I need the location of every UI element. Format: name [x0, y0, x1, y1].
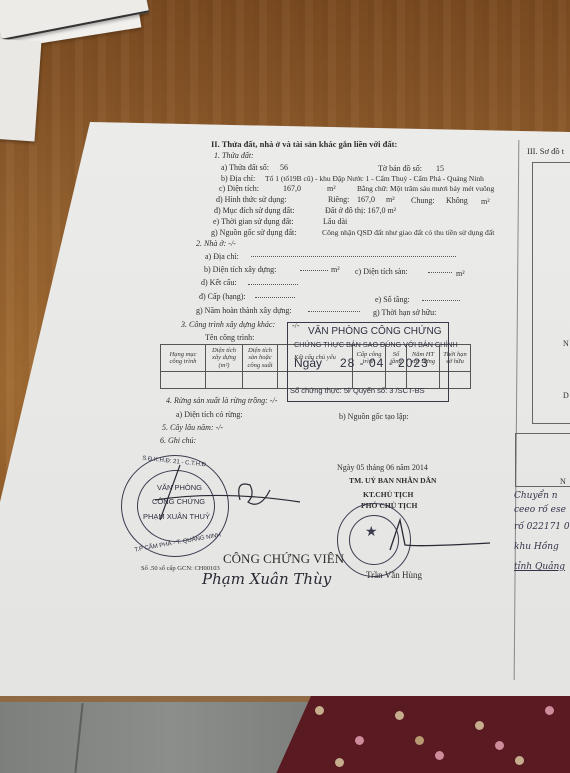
house-heading: 2. Nhà ở: -/-	[196, 240, 236, 248]
area-words-label: Bằng chữ:	[357, 185, 388, 193]
signing-authority: TM. UỶ BAN NHÂN DÂN	[349, 477, 437, 485]
parcel-value: 56	[280, 164, 288, 172]
stamp-cert-number: Số chứng thực: 5l∕ Quyển số: 3 /SCT-BS	[290, 386, 425, 395]
table-edge	[0, 695, 355, 702]
build-area-label: b) Diện tích xây dựng:	[204, 266, 276, 274]
signing-position-1: KT.CHỦ TỊCH	[363, 491, 413, 499]
shared-value: Không	[446, 197, 468, 205]
handwritten-note-line: ceeo rố ese	[514, 505, 566, 515]
stamp-subtitle: CHỨNG THỰC BẢN SAO ĐÚNG VỚI BẢN CHÍNH	[294, 340, 458, 349]
perennial-heading: 5. Cây lâu năm: -/-	[162, 424, 223, 432]
notes-heading: 6. Ghi chú:	[160, 437, 196, 445]
origin-value: Công nhận QSD đất như giao đất có thu ti…	[322, 229, 494, 237]
address-value: Tổ 1 (tổ19B cũ) - khu Đập Nước 1 - Cẩm T…	[265, 175, 484, 183]
area-words-value: Một trăm sáu mươi bảy mét vuông	[390, 185, 494, 193]
floors-label: e) Số tầng:	[375, 296, 410, 304]
private-unit: m²	[386, 196, 395, 204]
forest-area-label: a) Diện tích có rừng:	[176, 411, 243, 419]
completion-year-label: g) Năm hoàn thành xây dựng:	[196, 307, 292, 315]
notary-name-signature: Phạm Xuân Thùy	[202, 570, 331, 588]
term-label: e) Thời gian sử dụng đất:	[213, 218, 294, 226]
other-works-heading: 3. Công trình xây dựng khác:	[181, 321, 275, 329]
area-label: c) Diện tích:	[219, 185, 259, 193]
right-letter: D	[563, 392, 569, 400]
forest-heading: 4. Rừng sản xuất là rừng trồng: -/-	[166, 397, 277, 405]
section-title: II. Thửa đất, nhà ở và tài sản khác gắn …	[211, 140, 397, 149]
area-unit: m²	[327, 185, 336, 193]
floor-area-unit: m²	[456, 270, 465, 278]
diagram-frame	[532, 162, 570, 424]
land-heading: 1. Thửa đất:	[214, 152, 254, 160]
origin-label: g) Nguồn gốc sử dụng đất:	[211, 229, 296, 237]
term-value: Lâu dài	[323, 218, 347, 226]
stamp-date-value: 28 - 04 - 2023	[340, 356, 429, 370]
area-value: 167,0	[283, 185, 301, 193]
stamp-title: VĂN PHÒNG CÔNG CHỨNG	[308, 326, 442, 337]
floor-area-label: c) Diện tích sàn:	[355, 268, 408, 276]
work-name-label: Tên công trình:	[205, 334, 254, 342]
right-letter: N	[563, 340, 569, 348]
background-paper-sheet	[0, 38, 41, 141]
right-bottom-label: N	[560, 478, 566, 486]
handwritten-note-line: rố 022171 0	[514, 522, 570, 532]
stamp-date-label: Ngày	[294, 356, 322, 370]
handwritten-note-line: khu Hồng	[514, 542, 559, 552]
ownership-term-label: g) Thời hạn sở hữu:	[373, 309, 436, 317]
private-value: 167,0	[357, 196, 375, 204]
use-form-label: d) Hình thức sử dụng:	[216, 196, 286, 204]
floral-fabric	[275, 696, 570, 773]
official-signature	[380, 515, 500, 555]
notary-initial-signature	[140, 460, 320, 530]
purpose-value: Đất ở đô thị: 167,0 m²	[325, 207, 396, 215]
notary-title: CÔNG CHỨNG VIÊN	[223, 552, 344, 565]
shared-unit: m²	[481, 198, 490, 206]
parcel-label: a) Thửa đất số:	[221, 164, 269, 172]
signer-name: Trần Văn Hùng	[366, 571, 422, 580]
build-area-unit: m²	[331, 266, 340, 274]
house-address-field	[251, 256, 456, 257]
forest-origin-label: b) Nguồn gốc tạo lập:	[339, 413, 409, 421]
handwritten-note-line: tỉnh Quảng	[514, 562, 565, 572]
shared-label: Chung:	[411, 197, 435, 205]
right-column-title: III. Sơ đồ t	[527, 147, 564, 156]
private-label: Riêng:	[328, 196, 349, 204]
grade-label: đ) Cấp (hạng):	[199, 293, 246, 301]
map-sheet-label: Tờ bản đồ số:	[378, 165, 422, 173]
signing-date: Ngày 05 tháng 06 năm 2014	[337, 464, 428, 472]
structure-label: d) Kết cấu:	[201, 279, 237, 287]
house-address-label: a) Địa chỉ:	[205, 253, 239, 261]
map-sheet-value: 15	[436, 165, 444, 173]
star-emblem-icon: ★	[365, 526, 378, 540]
handwritten-note-line: Chuyển n	[514, 491, 558, 501]
address-label: b) Địa chỉ:	[221, 175, 255, 183]
purpose-label: đ) Mục đích sử dụng đất:	[214, 207, 295, 215]
